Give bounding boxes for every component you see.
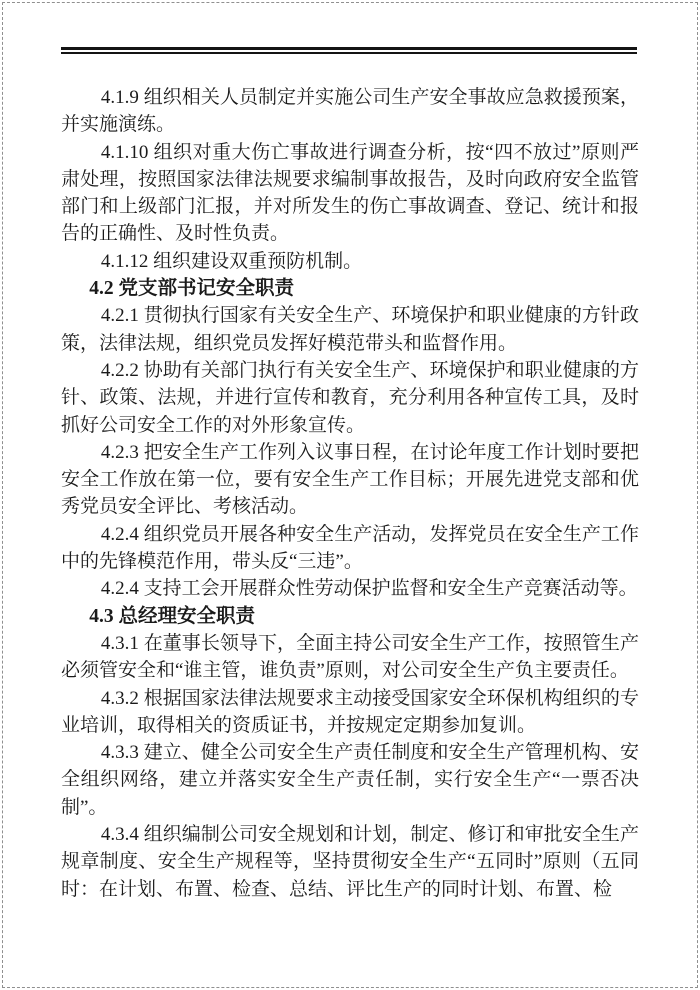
paragraph: 4.2.3 把安全生产工作列入议事日程，在讨论年度工作计划时要把安全工作放在第一… xyxy=(61,439,639,521)
paragraph: 4.2.4 支持工会开展群众性劳动保护监督和安全生产竞赛活动等。 xyxy=(61,575,639,602)
header-rule-double-line xyxy=(61,47,637,54)
paragraph: 4.3.1 在董事长领导下，全面主持公司安全生产工作，按照管生产必须管安全和“谁… xyxy=(61,630,639,685)
section-heading: 4.3 总经理安全职责 xyxy=(61,603,639,630)
paragraph: 4.1.9 组织相关人员制定并实施公司生产安全事故应急救援预案，并实施演练。 xyxy=(61,84,639,139)
paragraph: 4.1.10 组织对重大伤亡事故进行调查分析，按“四不放过”原则严肃处理，按照国… xyxy=(61,139,639,248)
paragraph: 4.3.3 建立、健全公司安全生产责任制度和安全生产管理机构、安全组织网络，建立… xyxy=(61,739,639,821)
paragraph: 4.2.1 贯彻执行国家有关安全生产、环境保护和职业健康的方针政策，法律法规，组… xyxy=(61,302,639,357)
paragraph: 4.3.2 根据国家法律法规要求主动接受国家安全环保机构组织的专业培训，取得相关… xyxy=(61,685,639,740)
paragraph: 4.1.12 组织建设双重预防机制。 xyxy=(61,248,639,275)
section-heading: 4.2 党支部书记安全职责 xyxy=(61,275,639,302)
paragraph: 4.2.4 组织党员开展各种安全生产活动，发挥党员在安全生产工作中的先锋模范作用… xyxy=(61,521,639,576)
paragraph: 4.2.2 协助有关部门执行有关安全生产、环境保护和职业健康的方针、政策、法规，… xyxy=(61,357,639,439)
document-page: { "page": { "background": "#ffffff", "bo… xyxy=(0,0,700,990)
paragraph: 4.3.4 组织编制公司安全规划和计划，制定、修订和审批安全生产规章制度、安全生… xyxy=(61,821,639,903)
document-body: 4.1.9 组织相关人员制定并实施公司生产安全事故应急救援预案，并实施演练。4.… xyxy=(61,84,639,903)
